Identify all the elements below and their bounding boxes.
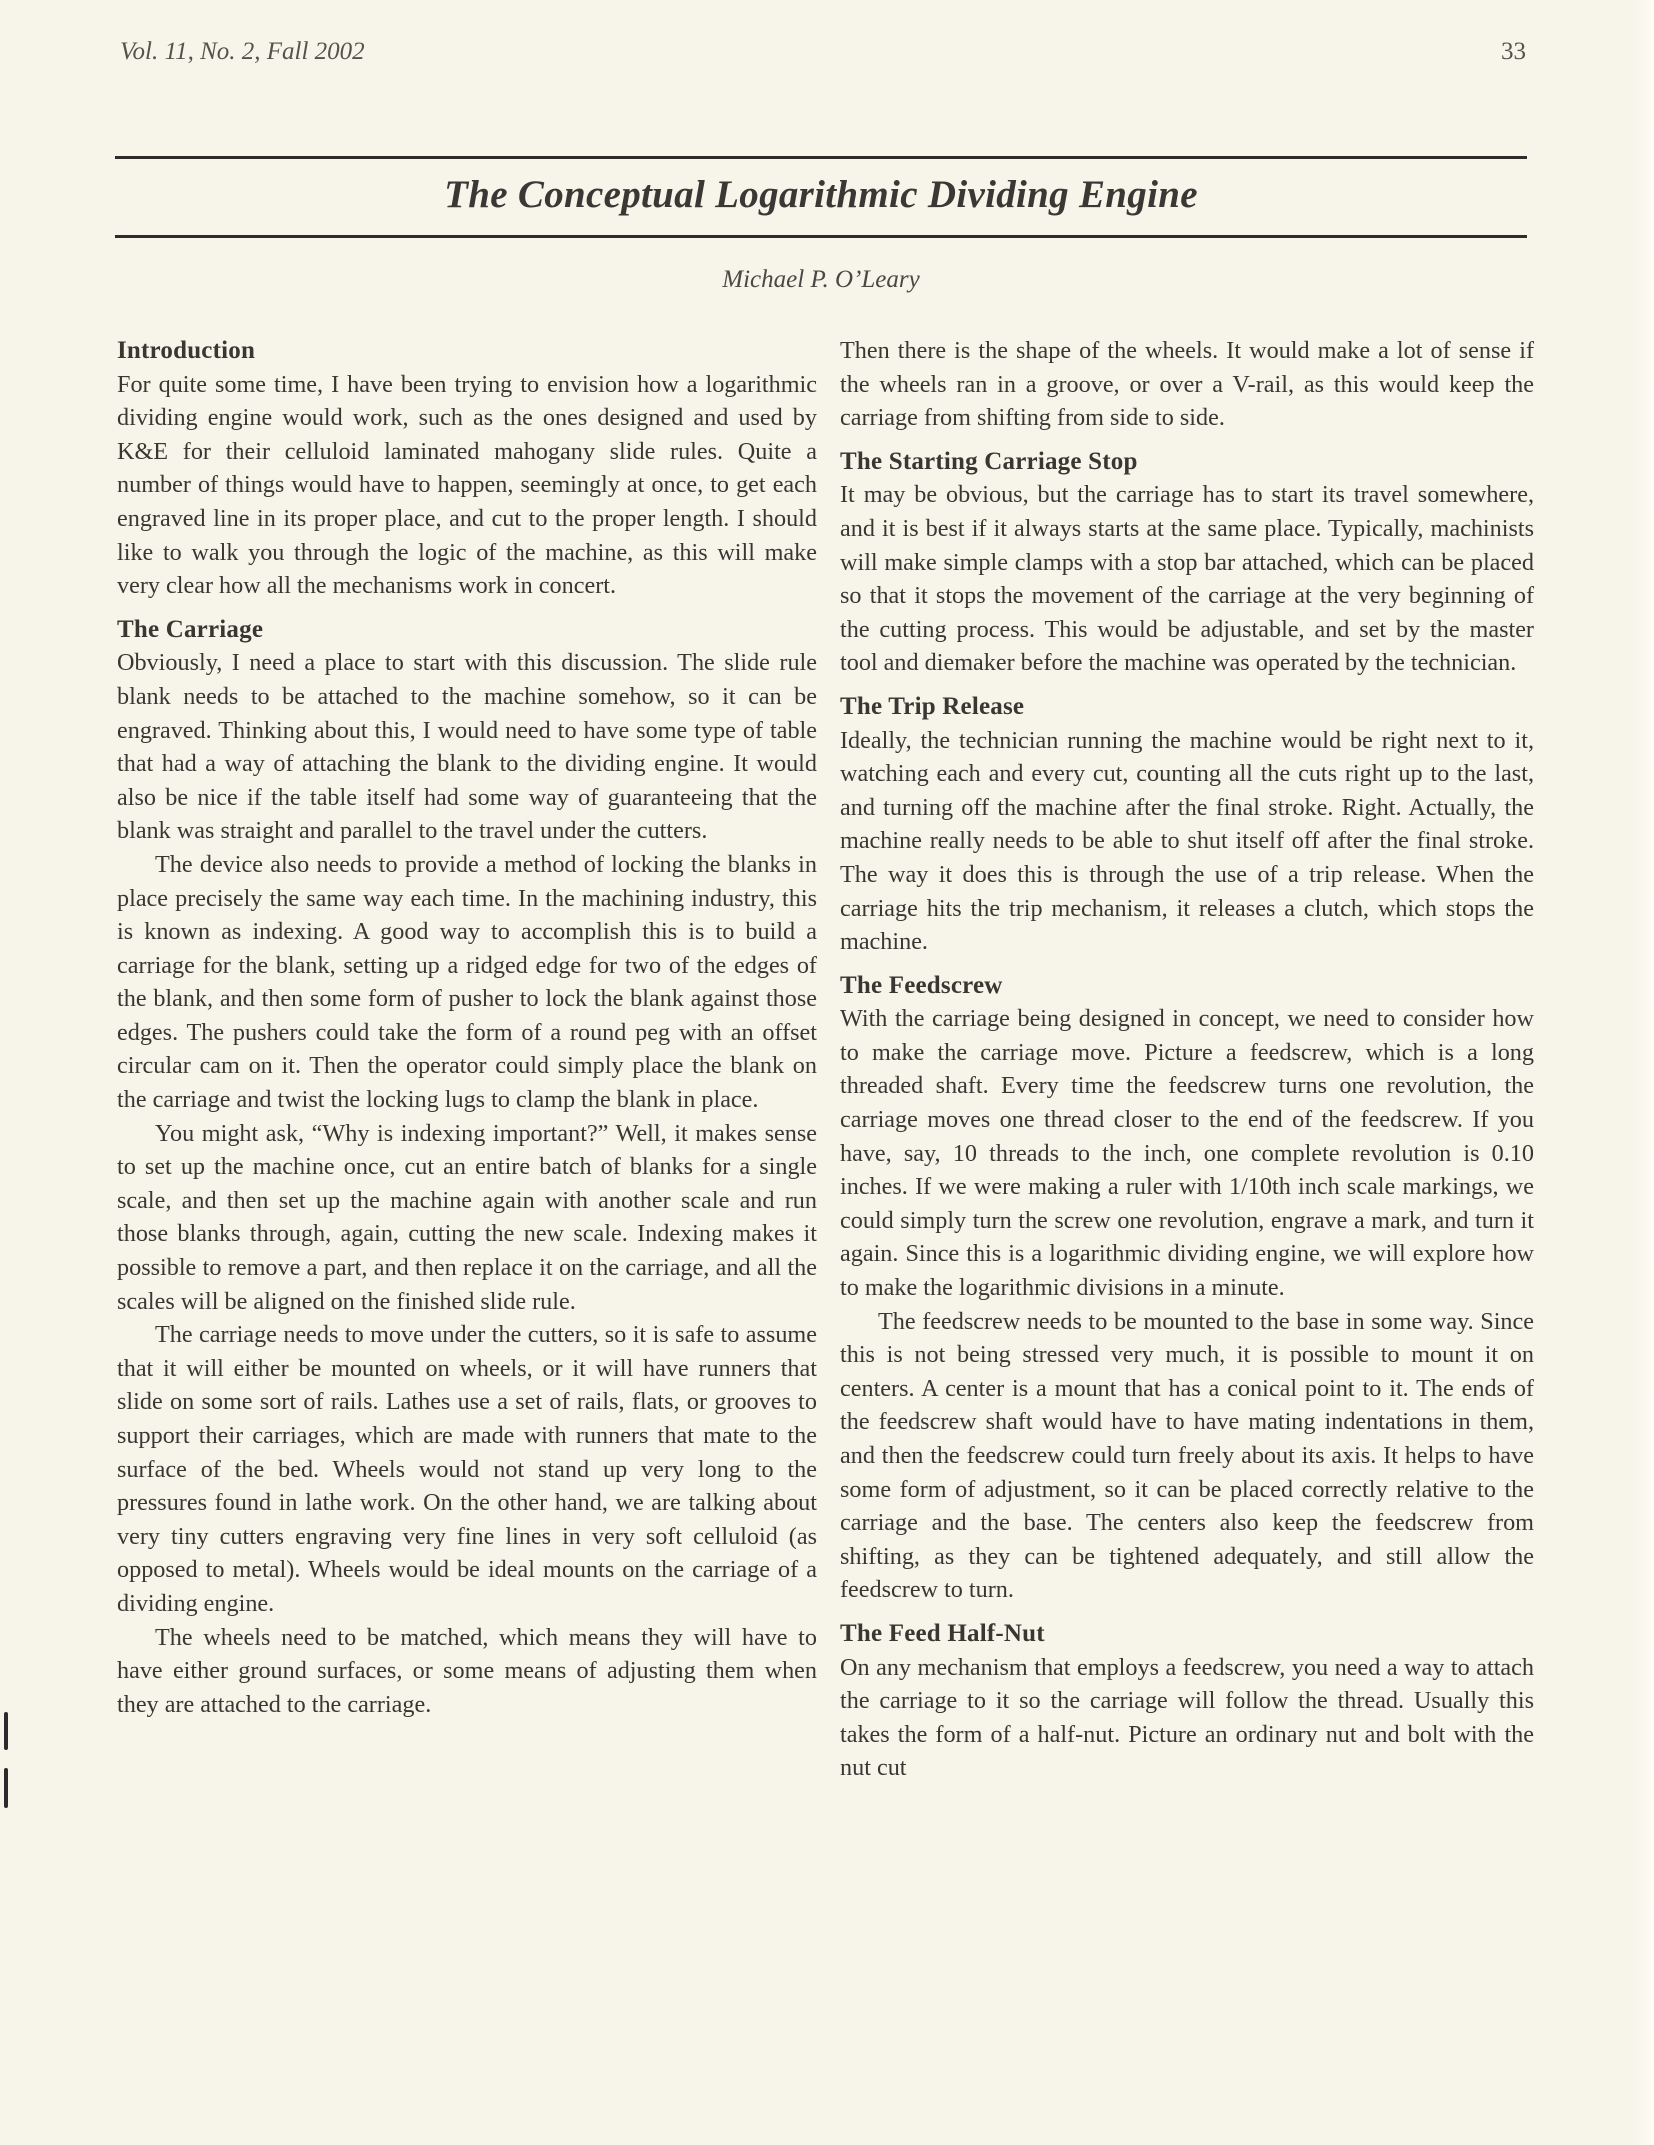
paragraph: With the carriage being designed in conc… bbox=[840, 1002, 1534, 1304]
paragraph: For quite some time, I have been trying … bbox=[117, 368, 817, 603]
section-feedscrew: The Feedscrew With the carriage being de… bbox=[840, 969, 1534, 1607]
section-heading: The Starting Carriage Stop bbox=[840, 445, 1534, 479]
volume-info: Vol. 11, No. 2, Fall 2002 bbox=[120, 38, 365, 66]
section-heading: The Carriage bbox=[117, 613, 817, 647]
paragraph: Then there is the shape of the wheels. I… bbox=[840, 334, 1534, 435]
binding-mark bbox=[4, 1768, 8, 1808]
section-heading: The Feed Half-Nut bbox=[840, 1617, 1534, 1651]
section-starting-carriage-stop: The Starting Carriage Stop It may be obv… bbox=[840, 445, 1534, 680]
paragraph: You might ask, “Why is indexing importan… bbox=[117, 1117, 817, 1319]
paragraph: The carriage needs to move under the cut… bbox=[117, 1318, 817, 1620]
article-title: The Conceptual Logarithmic Dividing Engi… bbox=[115, 172, 1527, 217]
paragraph: The wheels need to be matched, which mea… bbox=[117, 1621, 817, 1722]
title-rule-bottom bbox=[115, 235, 1527, 238]
left-column: Introduction For quite some time, I have… bbox=[117, 334, 817, 1721]
section-trip-release: The Trip Release Ideally, the technician… bbox=[840, 690, 1534, 959]
paragraph: Ideally, the technician running the mach… bbox=[840, 724, 1534, 959]
right-column: Then there is the shape of the wheels. I… bbox=[840, 334, 1534, 1785]
title-rule-top bbox=[115, 156, 1527, 159]
section-introduction: Introduction For quite some time, I have… bbox=[117, 334, 817, 603]
section-wheel-shape: Then there is the shape of the wheels. I… bbox=[840, 334, 1534, 435]
section-heading: The Feedscrew bbox=[840, 969, 1534, 1003]
running-head: Vol. 11, No. 2, Fall 2002 33 bbox=[120, 38, 1526, 78]
binding-mark bbox=[4, 1712, 8, 1750]
paragraph: On any mechanism that employs a feedscre… bbox=[840, 1651, 1534, 1785]
paragraph: The feedscrew needs to be mounted to the… bbox=[840, 1305, 1534, 1607]
paragraph: Obviously, I need a place to start with … bbox=[117, 646, 817, 848]
paragraph: It may be obvious, but the carriage has … bbox=[840, 478, 1534, 680]
article-author: Michael P. O’Leary bbox=[115, 266, 1527, 294]
section-feed-half-nut: The Feed Half-Nut On any mechanism that … bbox=[840, 1617, 1534, 1785]
page-number: 33 bbox=[1501, 38, 1526, 66]
paragraph: The device also needs to provide a metho… bbox=[117, 848, 817, 1117]
section-heading: Introduction bbox=[117, 334, 817, 368]
section-the-carriage: The Carriage Obviously, I need a place t… bbox=[117, 613, 817, 1722]
section-heading: The Trip Release bbox=[840, 690, 1534, 724]
page-edge-shadow bbox=[1632, 0, 1654, 2145]
